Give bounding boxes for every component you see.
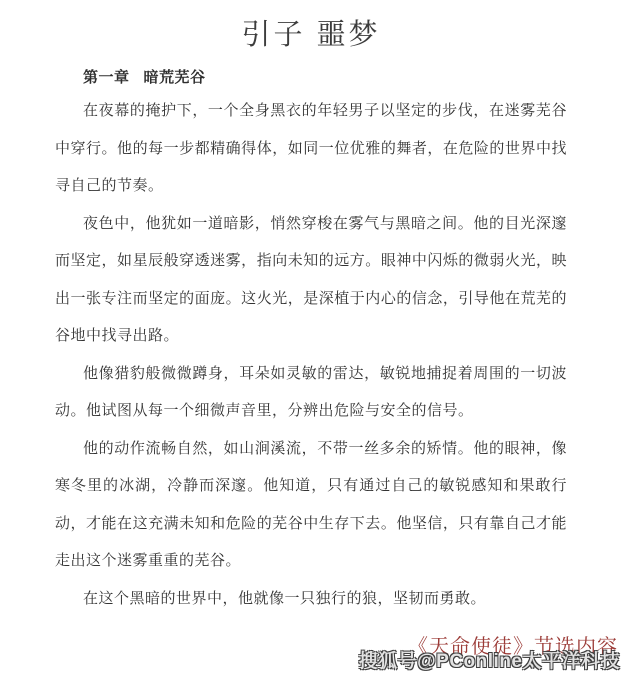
page-title: 引子 噩梦 [0, 12, 622, 53]
body-paragraph: 在夜幕的掩护下，一个全身黑衣的年轻男子以坚定的步伐，在迷雾芜谷中穿行。他的每一步… [55, 92, 567, 205]
chapter-heading: 第一章暗荒芜谷 [55, 66, 567, 87]
chapter-number: 第一章 [83, 69, 130, 86]
sohu-watermark: 搜狐号@PConline太平洋科技 [359, 646, 620, 673]
body-paragraph: 他像猎豹般微微蹲身，耳朵如灵敏的雷达，敏锐地捕捉着周围的一切波动。他试图从每一个… [55, 355, 567, 430]
body-text: 在夜幕的掩护下，一个全身黑衣的年轻男子以坚定的步伐，在迷雾芜谷中穿行。他的每一步… [55, 92, 567, 617]
document-page: 引子 噩梦 第一章暗荒芜谷 在夜幕的掩护下，一个全身黑衣的年轻男子以坚定的步伐，… [0, 0, 622, 675]
body-paragraph: 在这个黑暗的世界中，他就像一只独行的狼，坚韧而勇敢。 [55, 580, 567, 618]
chapter-name: 暗荒芜谷 [144, 69, 206, 86]
body-paragraph: 他的动作流畅自然，如山涧溪流，不带一丝多余的矫情。他的眼神，像寒冬里的冰湖，冷静… [55, 430, 567, 580]
body-paragraph: 夜色中，他犹如一道暗影，悄然穿梭在雾气与黑暗之间。他的目光深邃而坚定，如星辰般穿… [55, 205, 567, 355]
